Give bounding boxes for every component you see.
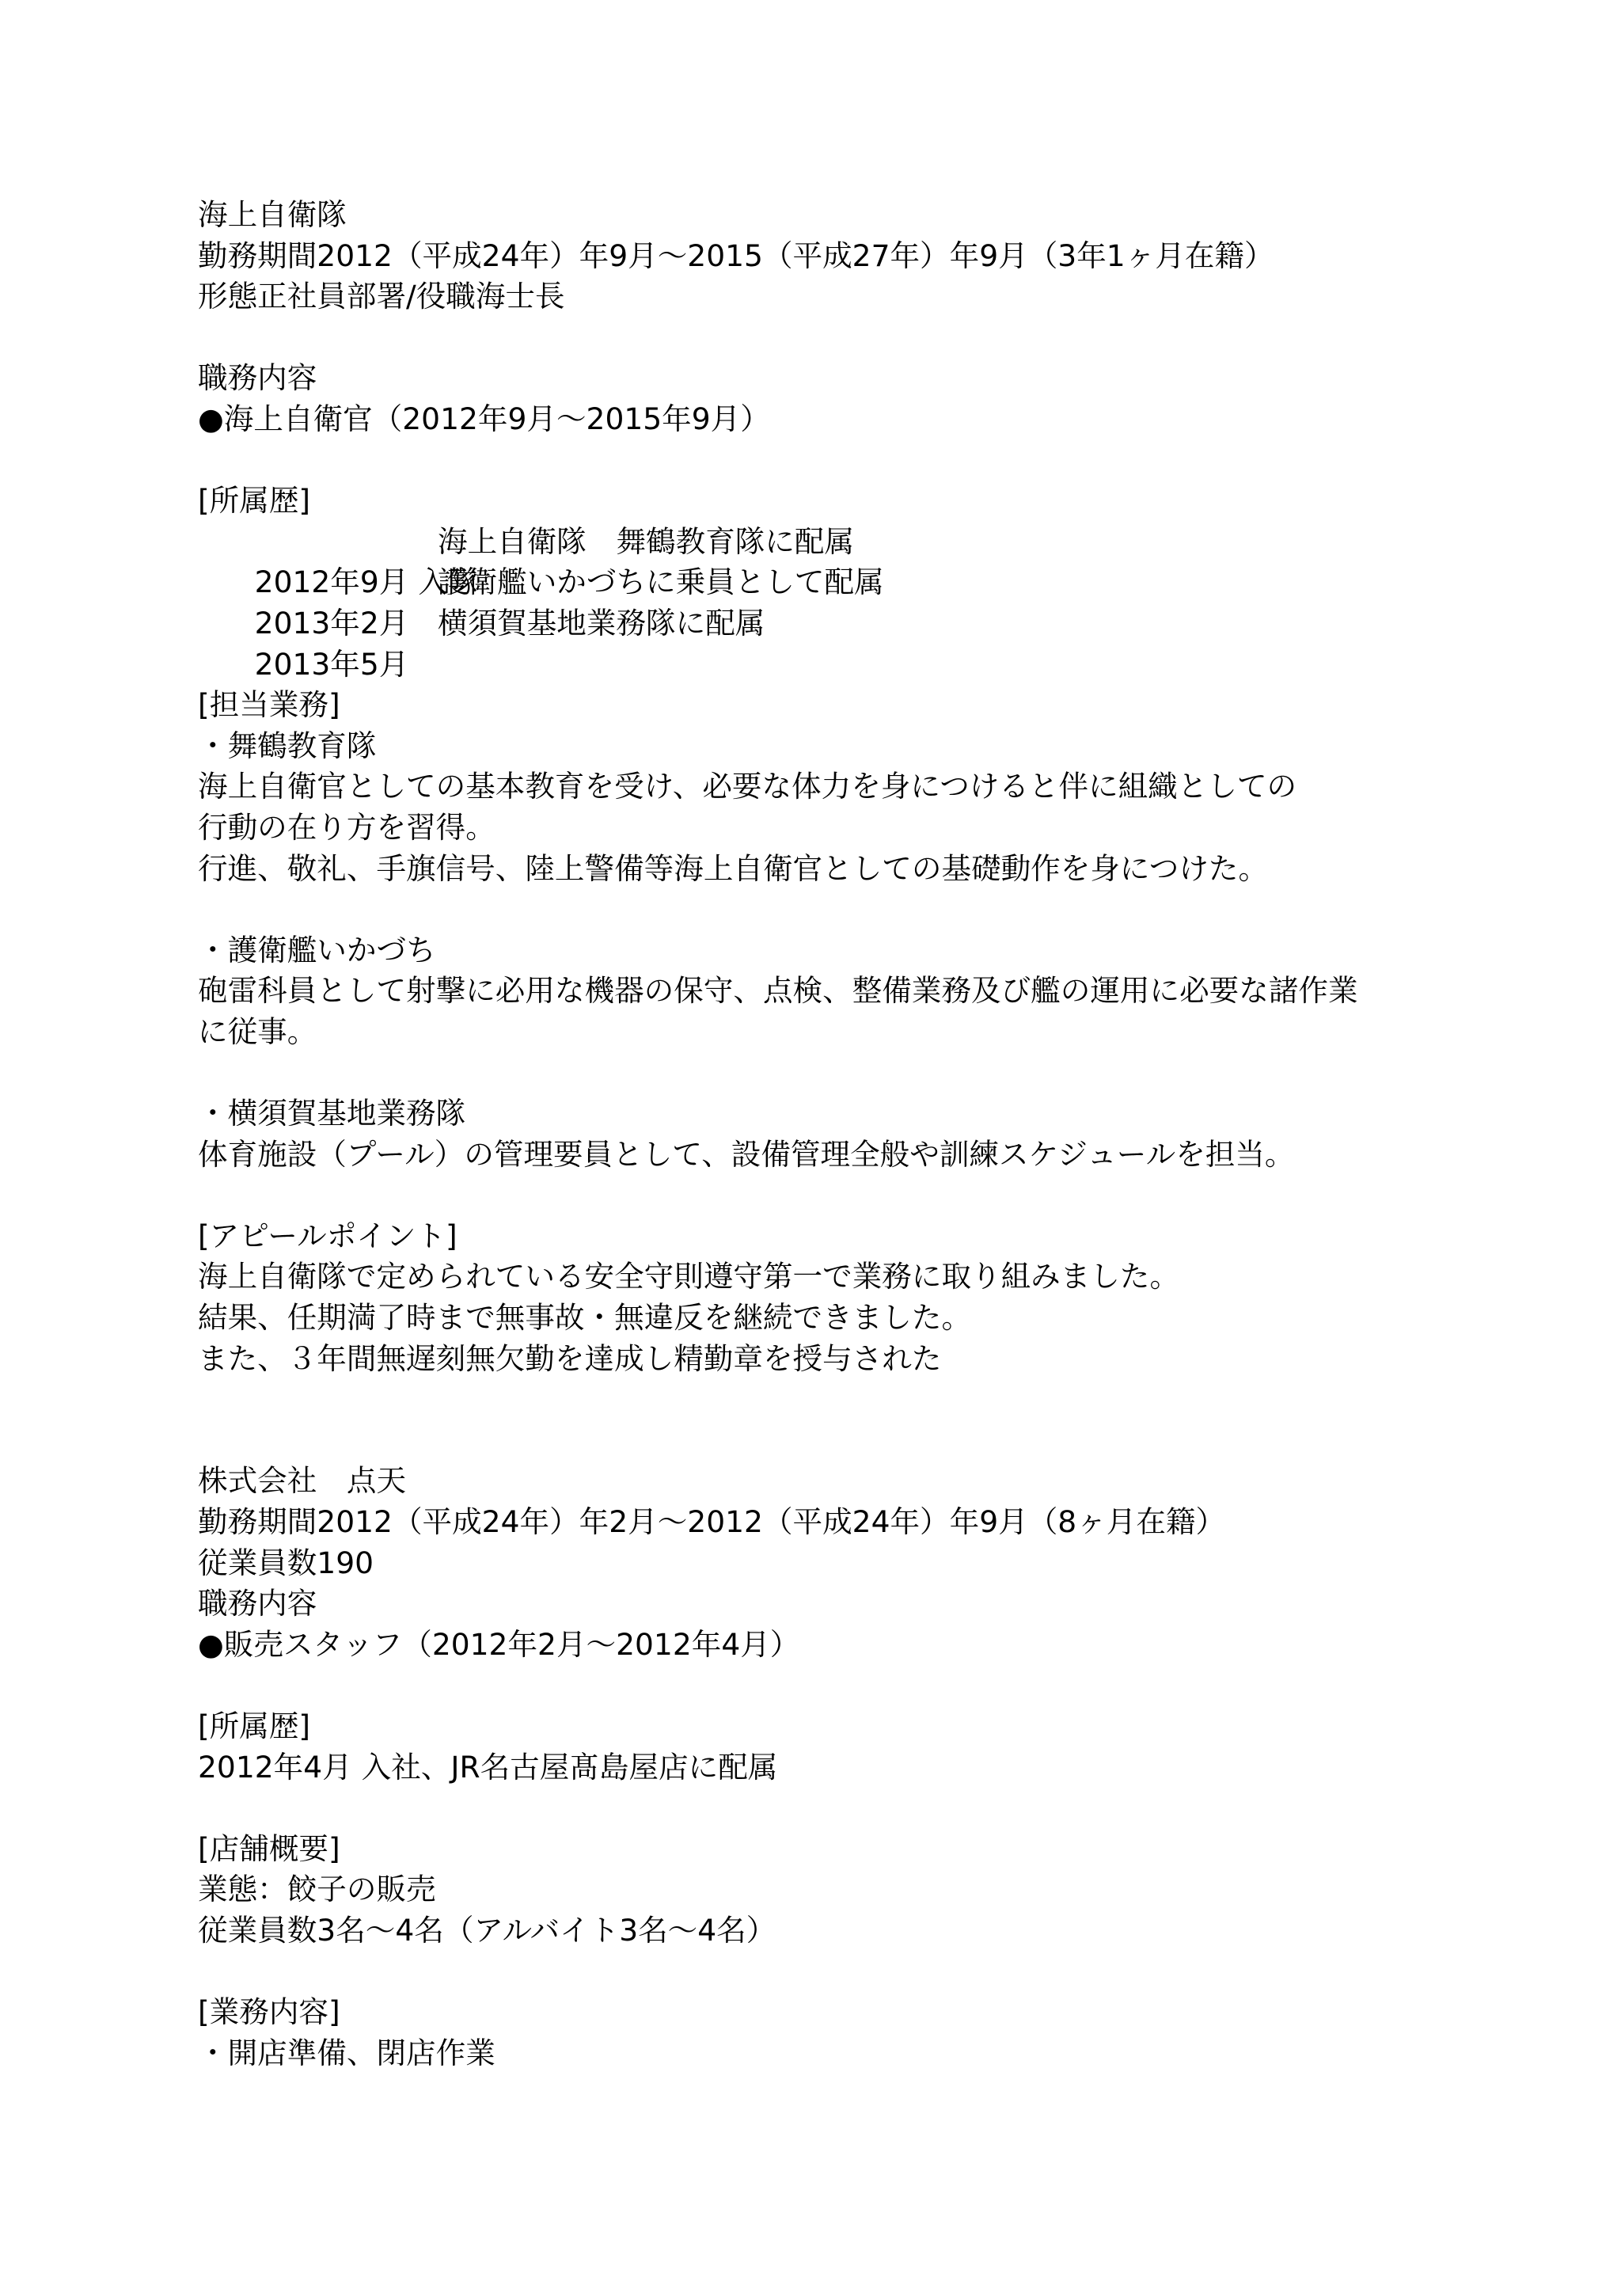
history-detail: 横須賀基地業務隊に配属 <box>438 603 765 644</box>
spacer <box>198 1665 1504 1706</box>
history-date: 2013年5月 <box>255 647 409 682</box>
task-unit: ・横須賀基地業務隊 <box>198 1093 1504 1135</box>
duties-heading: 職務内容 <box>198 358 1504 399</box>
duties-heading: 職務内容 <box>198 1583 1504 1625</box>
history-row: 2013年2月 護衛艦いかづちに乗員として配属 <box>198 562 1504 603</box>
spacer <box>198 889 1504 930</box>
tasks-heading: [担当業務] <box>198 685 1504 726</box>
history-heading: [所属歴] <box>198 481 1504 522</box>
task-description: 行動の在り方を習得。 <box>198 808 1504 849</box>
employment-type-position: 形態正社員部署/役職海士長 <box>198 276 1504 317</box>
appeal-line: 結果、任期満了時まで無事故・無違反を継続できました。 <box>198 1298 1504 1339</box>
store-heading: [店舗概要] <box>198 1829 1504 1870</box>
spacer <box>198 1420 1504 1462</box>
task-description: 砲雷科員として射撃に必用な機器の保守、点検、整備業務及び艦の運用に必要な諸作業 <box>198 971 1504 1012</box>
appeal-line: 海上自衛隊で定められている安全守則遵守第一で業務に取り組みました。 <box>198 1256 1504 1298</box>
spacer <box>198 317 1504 359</box>
task-description: に従事。 <box>198 1012 1504 1053</box>
task-description: 体育施設（プール）の管理要員として、設備管理全般や訓練スケジュールを担当。 <box>198 1135 1504 1176</box>
appeal-heading: [アピールポイント] <box>198 1216 1504 1257</box>
job-section-tenten: 株式会社 点天 勤務期間2012（平成24年）年2月～2012（平成24年）年9… <box>198 1461 1504 2074</box>
employment-period: 勤務期間2012（平成24年）年9月～2015（平成27年）年9月（3年1ヶ月在… <box>198 236 1504 277</box>
work-heading: [業務内容] <box>198 1992 1504 2033</box>
employment-period: 勤務期間2012（平成24年）年2月～2012（平成24年）年9月（8ヶ月在籍） <box>198 1502 1504 1543</box>
task-description: 海上自衛官としての基本教育を受け、必要な体力を身につけると伴に組織としての <box>198 766 1504 808</box>
spacer <box>198 1052 1504 1093</box>
work-line: ・開店準備、閉店作業 <box>198 2033 1504 2074</box>
role-line: ●海上自衛官（2012年9月～2015年9月） <box>198 399 1504 440</box>
task-unit: ・舞鶴教育隊 <box>198 726 1504 767</box>
store-line: 従業員数3名～4名（アルバイト3名～4名） <box>198 1910 1504 1952</box>
document-page: 海上自衛隊 勤務期間2012（平成24年）年9月～2015（平成27年）年9月（… <box>198 195 1504 2074</box>
appeal-line: また、３年間無遅刻無欠勤を達成し精勤章を授与された <box>198 1339 1504 1380</box>
history-row: 2013年5月 横須賀基地業務隊に配属 <box>198 603 1504 644</box>
history-row: 2012年9月 入隊 海上自衛隊 舞鶴教育隊に配属 <box>198 522 1504 563</box>
task-unit: ・護衛艦いかづち <box>198 930 1504 971</box>
company-name: 株式会社 点天 <box>198 1461 1504 1502</box>
role-line: ●販売スタッフ（2012年2月～2012年4月） <box>198 1625 1504 1666</box>
store-line: 業態：餃子の販売 <box>198 1869 1504 1910</box>
history-detail: 護衛艦いかづちに乗員として配属 <box>438 562 884 603</box>
spacer <box>198 440 1504 481</box>
history-line: 2012年4月 入社、JR名古屋髙島屋店に配属 <box>198 1747 1504 1789</box>
history-detail: 海上自衛隊 舞鶴教育隊に配属 <box>438 522 854 563</box>
job-section-jmsdf: 海上自衛隊 勤務期間2012（平成24年）年9月～2015（平成27年）年9月（… <box>198 195 1504 1379</box>
spacer <box>198 1788 1504 1829</box>
history-heading: [所属歴] <box>198 1706 1504 1747</box>
spacer <box>198 1175 1504 1216</box>
employee-count: 従業員数190 <box>198 1543 1504 1584</box>
company-name: 海上自衛隊 <box>198 195 1504 236</box>
task-description: 行進、敬礼、手旗信号、陸上警備等海上自衛官としての基礎動作を身につけた。 <box>198 849 1504 890</box>
spacer <box>198 1379 1504 1420</box>
spacer <box>198 1952 1504 1993</box>
